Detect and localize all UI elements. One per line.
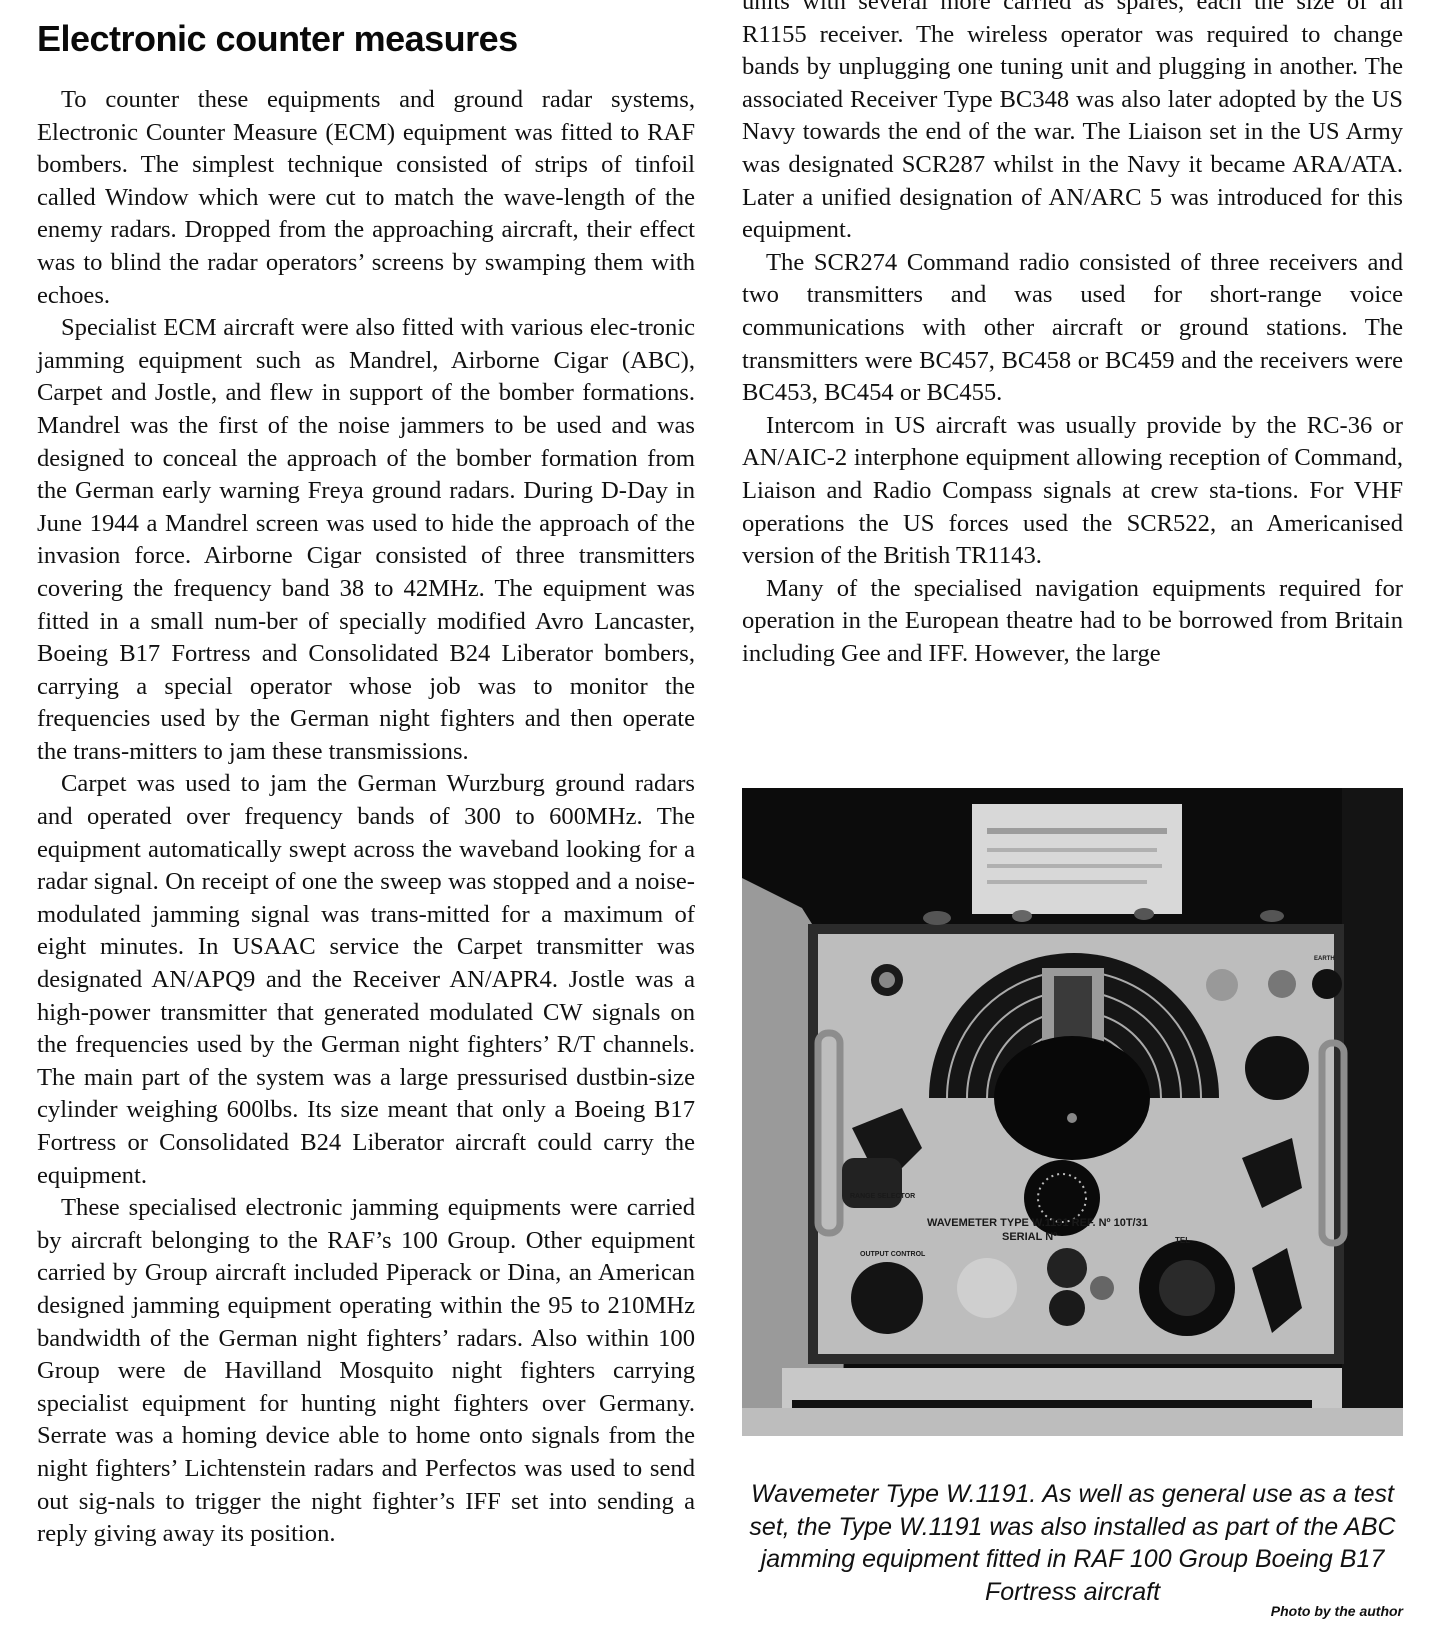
paragraph-intercom: Intercom in US aircraft was usually prov… [742,410,1403,573]
range-selector-label: RANGE SELECTOR [850,1193,915,1200]
right-text-column: units with several more carried as spare… [742,0,1403,670]
article-title: Electronic counter measures [37,18,518,60]
tel-label: TEL [1175,1236,1190,1245]
wavemeter-photo: WAVEMETER TYPE W.1191 REF. Nº 10T/31 SER… [742,788,1403,1436]
panel-serial-label: SERIAL Nº [1002,1231,1057,1243]
panel-plate-label: WAVEMETER TYPE W.1191 REF. Nº 10T/31 [927,1217,1148,1229]
paragraph-specialist-ecm: Specialist ECM aircraft were also fitted… [37,312,695,768]
paragraph-100-group: These specialised electronic jamming equ… [37,1192,695,1551]
paragraph-liaison-continued: units with several more carried as spare… [742,0,1403,247]
paragraph-carpet-jostle: Carpet was used to jam the German Wurzbu… [37,768,695,1192]
left-text-column: To counter these equipments and ground r… [37,84,695,1551]
paragraph-window: To counter these equipments and ground r… [37,84,695,312]
photo-credit: Photo by the author [1271,1603,1403,1619]
photo-caption: Wavemeter Type W.1191. As well as genera… [742,1478,1403,1608]
wavemeter-illustration: WAVEMETER TYPE W.1191 REF. Nº 10T/31 SER… [742,788,1403,1436]
earth-label: EARTH [1314,956,1335,962]
paragraph-navigation: Many of the specialised navigation equip… [742,573,1403,671]
paragraph-scr274: The SCR274 Command radio consisted of th… [742,247,1403,410]
output-control-label: OUTPUT CONTROL [860,1251,926,1258]
